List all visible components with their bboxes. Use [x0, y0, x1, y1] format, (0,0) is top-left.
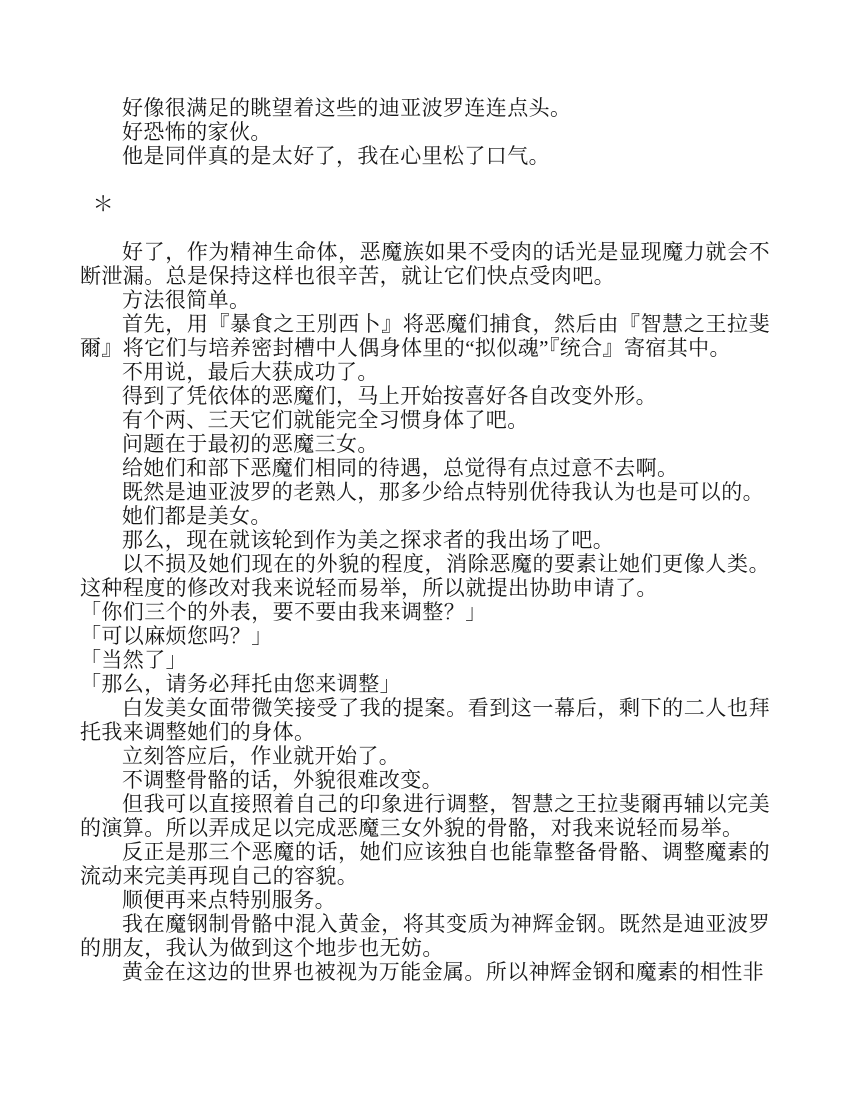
- paragraph: 方法很简单。: [80, 288, 770, 312]
- paragraph: 不用说，最后大获成功了。: [80, 360, 770, 384]
- novel-text: 好像很满足的眺望着这些的迪亚波罗连连点头。好恐怖的家伙。他是同伴真的是太好了，我…: [80, 96, 770, 984]
- paragraph: 好像很满足的眺望着这些的迪亚波罗连连点头。: [80, 96, 770, 120]
- paragraph: 反正是那三个恶魔的话，她们应该独自也能靠整备骨骼、调整魔素的流动来完美再现自己的…: [80, 840, 770, 888]
- paragraph: 既然是迪亚波罗的老熟人，那多少给点特别优待我认为也是可以的。: [80, 480, 770, 504]
- paragraph: 给她们和部下恶魔们相同的待遇，总觉得有点过意不去啊。: [80, 456, 770, 480]
- paragraph: 以不损及她们现在的外貌的程度，消除恶魔的要素让她们更像人类。这种程度的修改对我来…: [80, 552, 770, 600]
- paragraph: 她们都是美女。: [80, 504, 770, 528]
- dialogue-line: 「你们三个的外表，要不要由我来调整？」: [80, 600, 770, 624]
- paragraph: 他是同伴真的是太好了，我在心里松了口气。: [80, 144, 770, 168]
- paragraph: 立刻答应后，作业就开始了。: [80, 744, 770, 768]
- dialogue-line: 「可以麻烦您吗？」: [80, 624, 770, 648]
- paragraph: 好了，作为精神生命体，恶魔族如果不受肉的话光是显现魔力就会不断泄漏。总是保持这样…: [80, 240, 770, 288]
- blank-line: [80, 168, 770, 192]
- dialogue-line: 「那么，请务必拜托由您来调整」: [80, 672, 770, 696]
- dialogue-line: 「当然了」: [80, 648, 770, 672]
- paragraph: 那么，现在就该轮到作为美之探求者的我出场了吧。: [80, 528, 770, 552]
- paragraph: 白发美女面带微笑接受了我的提案。看到这一幕后，剩下的二人也拜托我来调整她们的身体…: [80, 696, 770, 744]
- blank-line: [80, 216, 770, 240]
- paragraph: 得到了凭依体的恶魔们，马上开始按喜好各自改变外形。: [80, 384, 770, 408]
- paragraph: 首先，用『暴食之王別西卜』将恶魔们捕食，然后由『智慧之王拉斐爾』将它们与培养密封…: [80, 312, 770, 360]
- paragraph: 但我可以直接照着自己的印象进行调整，智慧之王拉斐爾再辅以完美的演算。所以弄成足以…: [80, 792, 770, 840]
- paragraph: 问题在于最初的恶魔三女。: [80, 432, 770, 456]
- section-separator: ＊: [80, 192, 770, 216]
- paragraph: 好恐怖的家伙。: [80, 120, 770, 144]
- novel-page: 好像很满足的眺望着这些的迪亚波罗连连点头。好恐怖的家伙。他是同伴真的是太好了，我…: [0, 0, 850, 1100]
- paragraph: 黄金在这边的世界也被视为万能金属。所以神辉金钢和魔素的相性非: [80, 960, 770, 984]
- paragraph: 顺便再来点特别服务。: [80, 888, 770, 912]
- paragraph: 不调整骨骼的话，外貌很难改变。: [80, 768, 770, 792]
- paragraph: 有个两、三天它们就能完全习惯身体了吧。: [80, 408, 770, 432]
- paragraph: 我在魔钢制骨骼中混入黄金，将其变质为神辉金钢。既然是迪亚波罗的朋友，我认为做到这…: [80, 912, 770, 960]
